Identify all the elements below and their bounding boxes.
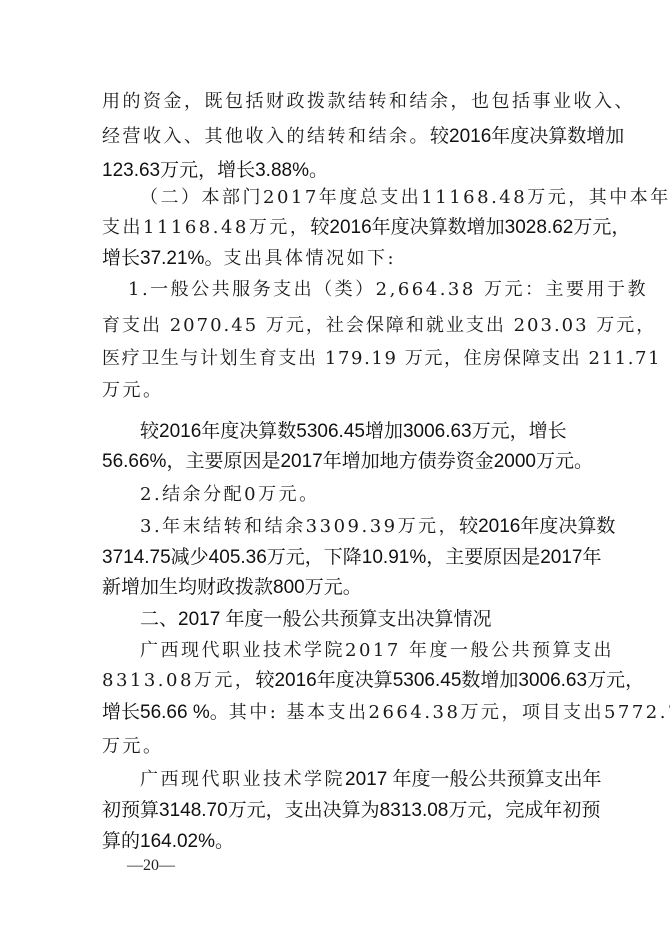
text: 2.结余分配0万元。 — [140, 484, 320, 505]
text: 支出11168.48万元， — [102, 217, 310, 238]
text-bold: 增长37.21%。 — [102, 248, 223, 269]
paragraph-line: 2.结余分配0万元。 — [140, 483, 320, 507]
section-heading: 二、2017 年度一般公共预算支出决算情况 — [140, 608, 492, 632]
text: 万元。 — [102, 736, 164, 757]
text: （二）本部门2017年度总支出11168.48万元，其中本年 — [140, 187, 670, 208]
text-bold: 新增加生均财政拨款800万元。 — [102, 577, 362, 598]
text-bold: 增长56.66 %。 — [102, 702, 229, 723]
text: 其中: 基本支出2664.38万元，项目支出5772.75 — [229, 702, 670, 723]
paragraph-line: 万元。 — [102, 735, 164, 759]
paragraph-line: 增长56.66 %。其中: 基本支出2664.38万元，项目支出5772.75 — [102, 701, 670, 725]
text: 育支出 2070.45 万元，社会保障和就业支出 203.03 万元， — [102, 315, 656, 336]
text: 3.年末结转和结余3309.39万元， — [140, 516, 459, 537]
text: 广西现代职业技术学院 — [140, 769, 345, 790]
paragraph-line: 56.66%，主要原因是2017年增加地方债券资金2000万元。 — [102, 450, 593, 474]
text-bold: 2017 年度一般公共预算支出年 — [345, 769, 602, 790]
document-page: 用的资金，既包括财政拨款结转和结余，也包括事业收入、 经营收入、其他收入的结转和… — [0, 0, 670, 947]
paragraph-line: 医疗卫生与计划生育支出 179.19 万元，住房保障支出 211.71 — [102, 347, 661, 371]
paragraph-line: 支出11168.48万元，较2016年度决算数增加3028.62万元， — [102, 216, 630, 240]
text: 万元。 — [102, 380, 164, 401]
paragraph-line: 3714.75减少405.36万元，下降10.91%，主要原因是2017年 — [102, 546, 602, 570]
paragraph-line: 育支出 2070.45 万元，社会保障和就业支出 203.03 万元， — [102, 314, 656, 338]
text-bold: 3714.75减少405.36万元，下降10.91%，主要原因是2017年 — [102, 547, 602, 568]
text-bold: 较2016年度决算数增加3028.62万元， — [310, 217, 630, 238]
page-number: —20— — [127, 857, 175, 875]
paragraph-line: 广西现代职业技术学院2017 年度一般公共预算支出 — [140, 639, 614, 663]
text-bold: 较2016年度决算数 — [459, 516, 615, 537]
text: 1.一般公共服务支出（类）2,664.38 万元：主要用于教 — [128, 279, 648, 300]
text: 8313.08万元， — [102, 670, 255, 691]
text-bold: 56.66%，主要原因是2017年增加地方债券资金2000万元。 — [102, 451, 593, 472]
text-bold: 较2016年度决算数5306.45增加3006.63万元，增长 — [140, 421, 567, 442]
paragraph-line: 新增加生均财政拨款800万元。 — [102, 576, 362, 600]
text-bold: 算的164.02%。 — [102, 831, 234, 852]
text: 123.63万元，增长3.88%。 — [102, 160, 328, 181]
paragraph-line: 8313.08万元，较2016年度决算5306.45数增加3006.63万元， — [102, 669, 644, 693]
text-bold: 较2016年度决算数增加 — [430, 126, 624, 147]
paragraph-line: 算的164.02%。 — [102, 830, 234, 854]
text: 用的资金，既包括财政拨款结转和结余，也包括事业收入、 — [102, 91, 635, 112]
paragraph-line: 万元。 — [102, 379, 164, 403]
text-bold: 初预算3148.70万元，支出决算为8313.08万元，完成年初预 — [102, 800, 600, 821]
text: 医疗卫生与计划生育支出 179.19 万元，住房保障支出 211.71 — [102, 348, 661, 369]
paragraph-line: （二）本部门2017年度总支出11168.48万元，其中本年 — [140, 186, 670, 210]
text-bold: 较2016年度决算5306.45数增加3006.63万元， — [255, 670, 644, 691]
paragraph-line: 1.一般公共服务支出（类）2,664.38 万元：主要用于教 — [128, 278, 648, 302]
text: 广西现代职业技术学院2017 年度一般公共预算支出 — [140, 640, 614, 661]
text: 经营收入、其他收入的结转和结余。 — [102, 126, 430, 147]
text: 支出具体情况如下: — [223, 248, 396, 269]
paragraph-line: 经营收入、其他收入的结转和结余。较2016年度决算数增加 — [102, 125, 624, 149]
paragraph-line: 用的资金，既包括财政拨款结转和结余，也包括事业收入、 — [102, 90, 635, 114]
paragraph-line: 广西现代职业技术学院2017 年度一般公共预算支出年 — [140, 768, 602, 792]
paragraph-line: 增长37.21%。支出具体情况如下: — [102, 247, 396, 271]
paragraph-line: 123.63万元，增长3.88%。 — [102, 159, 328, 183]
paragraph-line: 3.年末结转和结余3309.39万元，较2016年度决算数 — [140, 515, 615, 539]
paragraph-line: 初预算3148.70万元，支出决算为8313.08万元，完成年初预 — [102, 799, 600, 823]
heading-text: 二、2017 年度一般公共预算支出决算情况 — [140, 609, 492, 630]
paragraph-line: 较2016年度决算数5306.45增加3006.63万元，增长 — [140, 420, 567, 444]
